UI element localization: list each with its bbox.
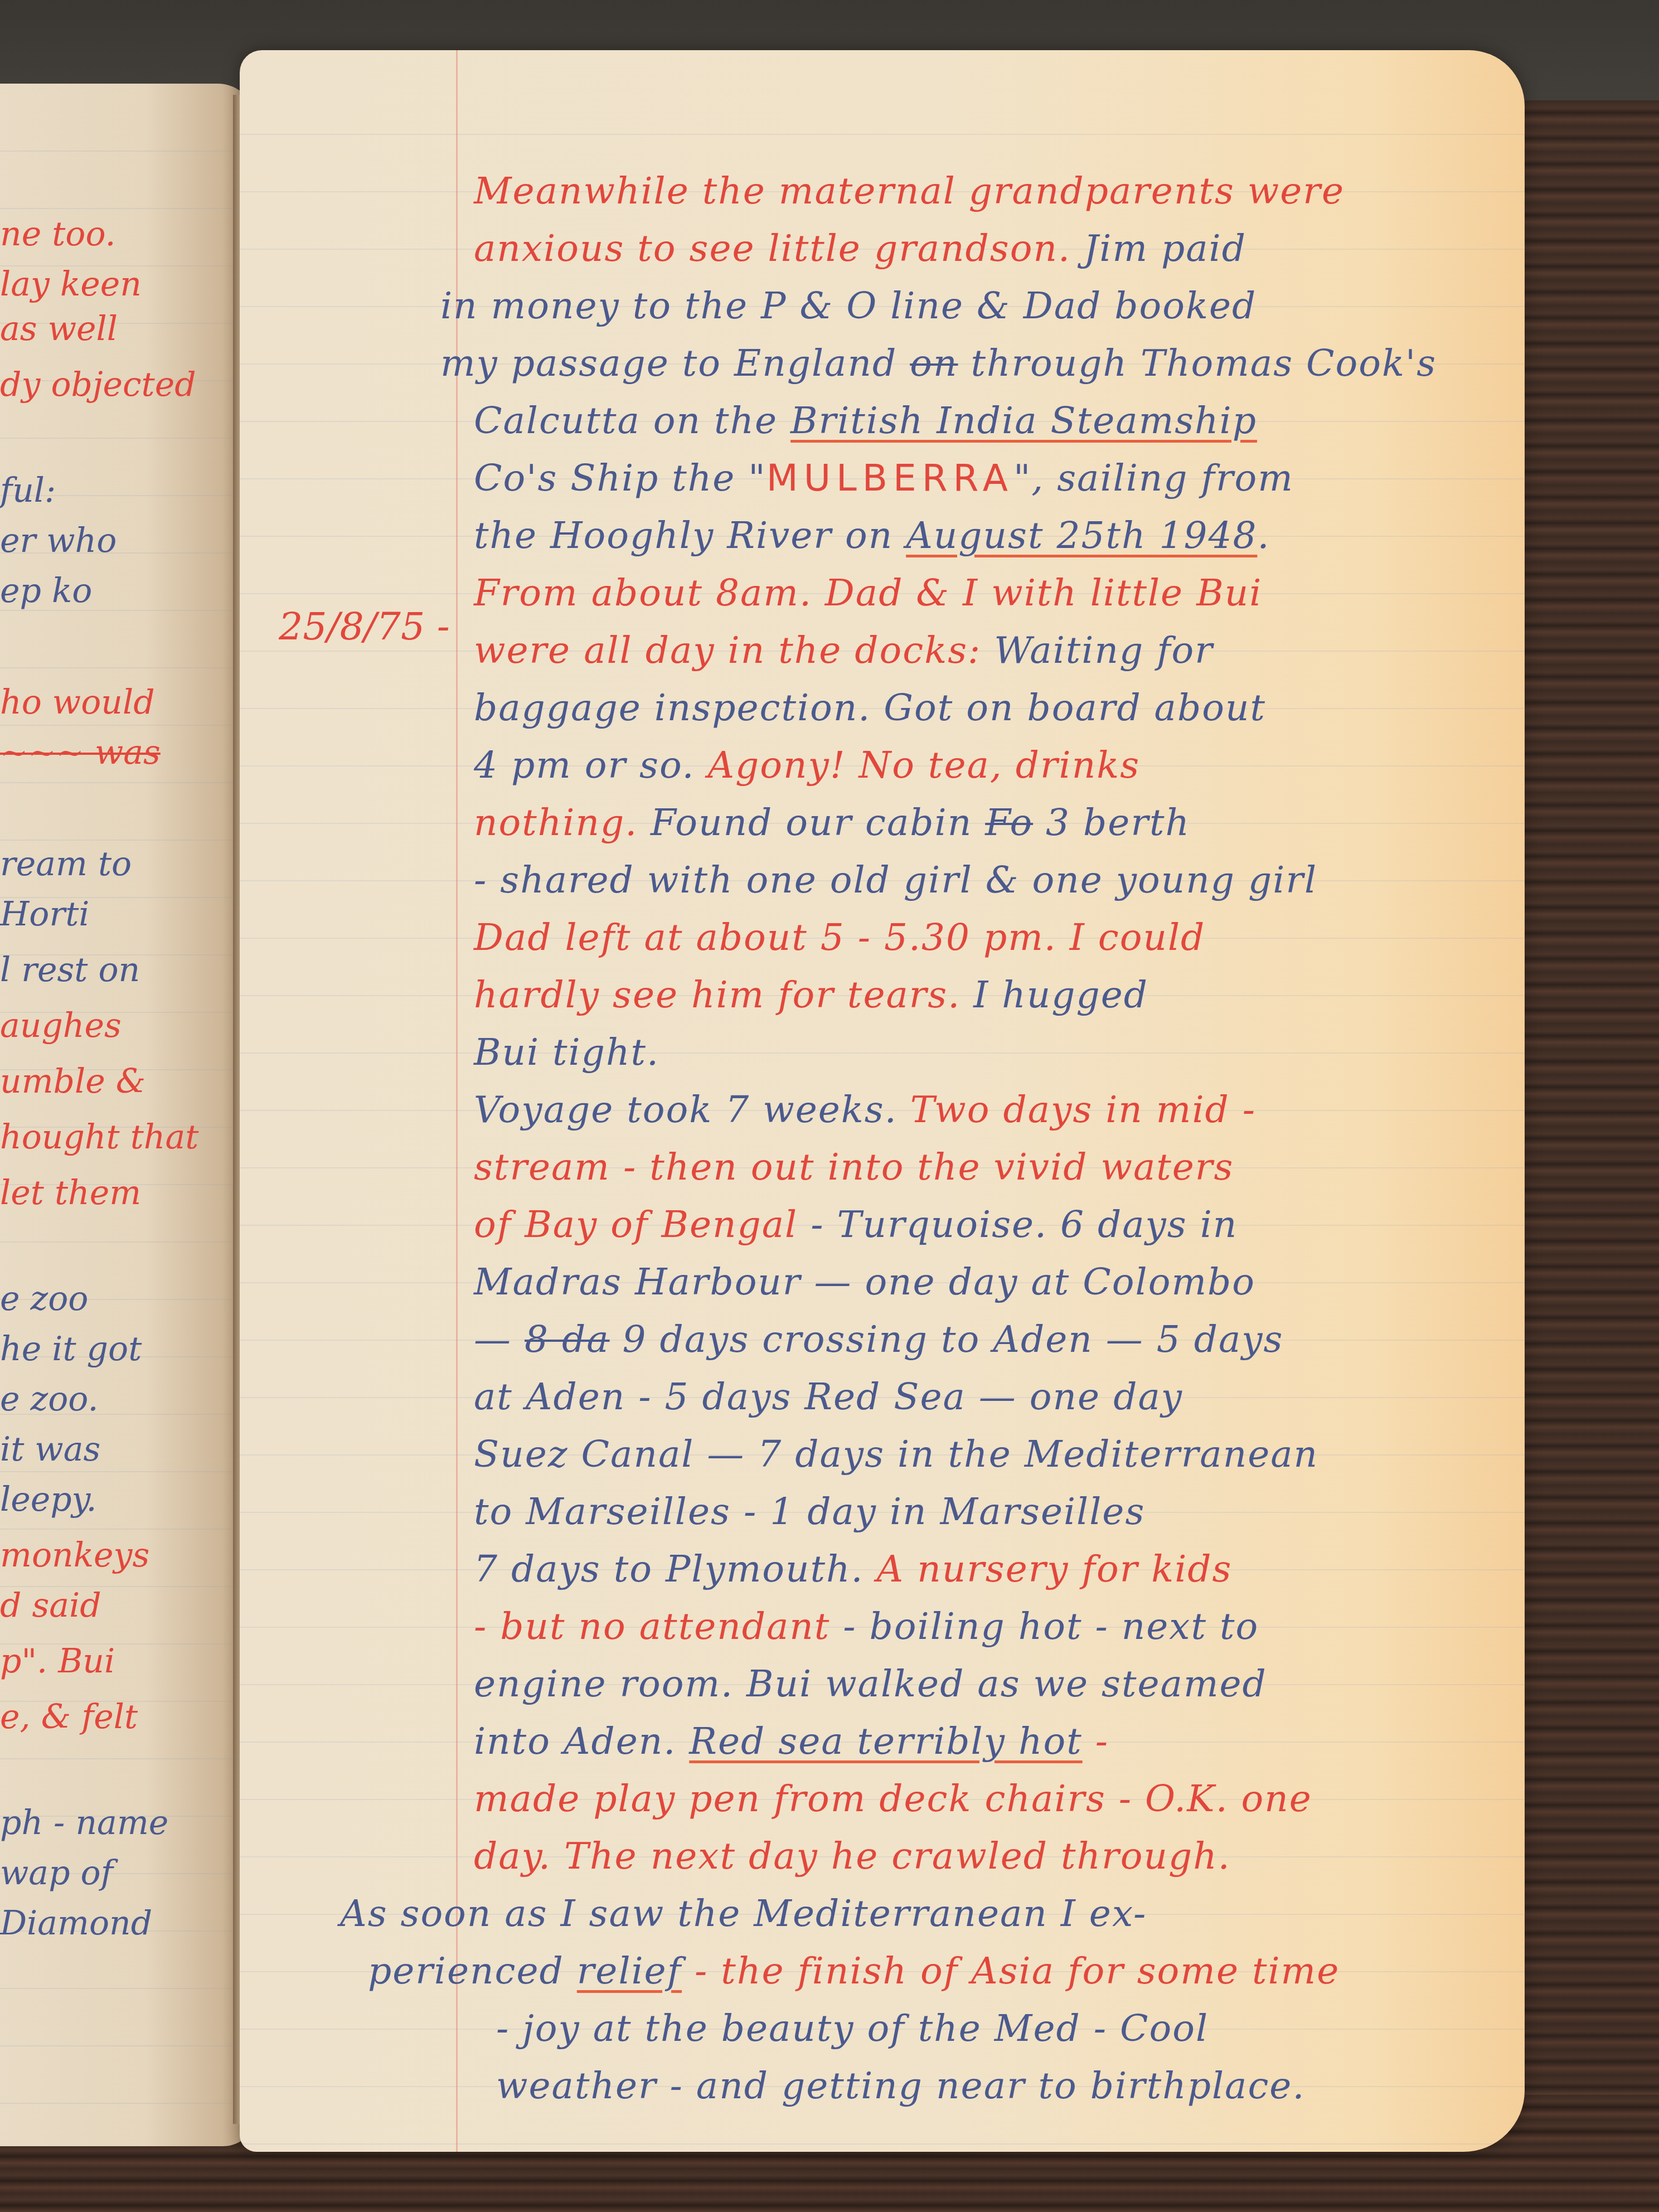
- ruled-line: [0, 725, 256, 726]
- ruled-line: [0, 2045, 256, 2046]
- ruled-line: [0, 840, 256, 841]
- left-page-fragment: umble &: [0, 1065, 145, 1098]
- handwritten-segment: Voyage took 7 weeks.: [474, 1088, 910, 1131]
- handwritten-segment: Meanwhile the maternal grandparents were: [474, 169, 1345, 212]
- left-page-fragment: wap of: [0, 1856, 113, 1890]
- handwritten-segment: ", sailing from: [1013, 457, 1294, 499]
- left-page-fragment: let them: [0, 1176, 141, 1210]
- handwritten-line: Meanwhile the maternal grandparents were: [474, 173, 1345, 210]
- left-page-fragment: leepy.: [0, 1483, 97, 1516]
- handwritten-line: 7 days to Plymouth. A nursery for kids: [474, 1551, 1232, 1588]
- ruled-line: [0, 208, 256, 209]
- handwritten-segment: were all day in the docks:: [474, 629, 994, 672]
- handwritten-segment: - joy at the beauty of the Med - Cool: [496, 2007, 1209, 2050]
- handwritten-segment: Madras Harbour — one day at Colombo: [474, 1260, 1255, 1303]
- handwritten-segment: MULBERRA: [767, 457, 1013, 499]
- handwritten-segment: - shared with one old girl & one young g…: [474, 858, 1317, 901]
- handwritten-segment: of Bay of Bengal: [474, 1203, 798, 1246]
- wooden-table-right: [1514, 100, 1659, 2212]
- ruled-line: [0, 2103, 256, 2104]
- handwritten-segment: 3 berth: [1033, 801, 1190, 844]
- handwritten-line: Bui tight.: [474, 1034, 659, 1071]
- handwritten-line: Co's Ship the "MULBERRA", sailing from: [474, 460, 1294, 497]
- handwritten-segment: hardly see him for tears.: [474, 973, 973, 1016]
- left-page-fragment: p". Bui: [0, 1645, 115, 1678]
- ruled-line: [0, 1758, 256, 1759]
- handwritten-segment: Dad left at about 5 - 5.30 pm. I could: [474, 916, 1205, 959]
- left-page-fragment: er who: [0, 524, 117, 557]
- handwritten-segment: -: [1083, 1720, 1109, 1763]
- handwritten-segment: - but no attendant: [474, 1605, 830, 1648]
- handwritten-segment: the Hooghly River on: [474, 514, 906, 557]
- handwritten-segment: stream - then out into the vivid waters: [474, 1146, 1234, 1189]
- left-notebook-page: ne too.lay keenas welldy objectedful:er …: [0, 84, 256, 2146]
- ruled-line: [0, 1471, 256, 1472]
- handwritten-segment: Fo: [985, 801, 1033, 844]
- left-page-fragment: dy objected: [0, 368, 196, 401]
- handwritten-segment: - boiling hot - next to: [830, 1605, 1259, 1648]
- ruled-line: [0, 667, 256, 668]
- handwritten-line: made play pen from deck chairs - O.K. on…: [474, 1781, 1312, 1817]
- handwritten-line: into Aden. Red sea terribly hot -: [474, 1723, 1109, 1760]
- handwritten-segment: weather - and getting near to birthplace…: [496, 2064, 1305, 2107]
- handwritten-segment: relief: [577, 1949, 682, 1992]
- ruled-line: [240, 1052, 1525, 1054]
- handwritten-segment: on: [910, 342, 958, 385]
- ruled-line: [0, 782, 256, 783]
- handwritten-line: of Bay of Bengal - Turquoise. 6 days in: [474, 1206, 1238, 1243]
- handwritten-segment: Waiting for: [994, 629, 1214, 672]
- handwritten-segment: - Turquoise. 6 days in: [798, 1203, 1238, 1246]
- handwritten-line: Suez Canal — 7 days in the Mediterranean: [474, 1436, 1318, 1473]
- handwritten-segment: baggage inspection. Got on board about: [474, 686, 1266, 729]
- handwritten-segment: through Thomas Cook's: [958, 342, 1437, 385]
- handwritten-line: 4 pm or so. Agony! No tea, drinks: [474, 747, 1140, 784]
- ruled-line: [0, 438, 256, 439]
- handwritten-line: Dad left at about 5 - 5.30 pm. I could: [474, 919, 1205, 956]
- handwritten-line: From about 8am. Dad & I with little Bui: [474, 575, 1262, 612]
- left-page-fragment: lay keen: [0, 268, 142, 301]
- margin-date: 25/8/75 -: [279, 605, 450, 649]
- handwritten-segment: - the finish of Asia for some time: [682, 1949, 1340, 1992]
- handwritten-segment: I hugged: [973, 973, 1148, 1016]
- handwritten-line: were all day in the docks: Waiting for: [474, 632, 1214, 669]
- handwritten-line: in money to the P & O line & Dad booked: [440, 288, 1257, 324]
- handwritten-line: Voyage took 7 weeks. Two days in mid -: [474, 1092, 1256, 1128]
- ruled-line: [0, 1988, 256, 1989]
- handwritten-segment: Bui tight.: [474, 1031, 659, 1074]
- handwritten-segment: 7 days to Plymouth.: [474, 1548, 877, 1590]
- handwritten-line: baggage inspection. Got on board about: [474, 690, 1266, 726]
- handwritten-line: - shared with one old girl & one young g…: [474, 862, 1317, 899]
- left-page-fragment: d said: [0, 1589, 101, 1622]
- handwritten-line: perienced relief - the finish of Asia fo…: [368, 1953, 1340, 1990]
- handwritten-line: - but no attendant - boiling hot - next …: [474, 1608, 1259, 1645]
- handwritten-line: at Aden - 5 days Red Sea — one day: [474, 1379, 1183, 1415]
- handwritten-line: nothing. Found our cabin Fo 3 berth: [474, 804, 1190, 841]
- handwritten-segment: 8 da: [525, 1318, 610, 1361]
- handwritten-segment: British India Steamship: [790, 399, 1257, 442]
- handwritten-segment: in money to the P & O line & Dad booked: [440, 284, 1257, 327]
- handwritten-segment: at Aden - 5 days Red Sea — one day: [474, 1375, 1183, 1418]
- handwritten-segment: As soon as I saw the Mediterranean I ex-: [340, 1892, 1147, 1935]
- handwritten-line: — 8 da 9 days crossing to Aden — 5 days: [474, 1321, 1283, 1358]
- handwritten-line: the Hooghly River on August 25th 1948.: [474, 517, 1270, 554]
- handwritten-segment: made play pen from deck chairs - O.K. on…: [474, 1777, 1312, 1820]
- handwritten-segment: my passage to England: [440, 342, 910, 385]
- handwritten-segment: anxious to see little grandson.: [474, 227, 1084, 270]
- left-page-fragment: Horti: [0, 898, 89, 931]
- ruled-line: [0, 1529, 256, 1530]
- handwritten-segment: day. The next day he crawled through.: [474, 1835, 1231, 1878]
- left-page-fragment: ph - name: [0, 1806, 168, 1840]
- handwritten-line: engine room. Bui walked as we steamed: [474, 1666, 1267, 1702]
- handwritten-segment: 9 days crossing to Aden — 5 days: [610, 1318, 1284, 1361]
- left-page-fragment: Diamond: [0, 1907, 152, 1940]
- handwritten-segment: engine room. Bui walked as we steamed: [474, 1662, 1267, 1705]
- left-page-fragment: l rest on: [0, 953, 140, 987]
- handwritten-segment: A nursery for kids: [877, 1548, 1233, 1590]
- left-page-fragment: ream to: [0, 847, 132, 881]
- left-page-fragment: ful:: [0, 474, 56, 507]
- left-page-fragment: ho would: [0, 686, 155, 719]
- handwritten-segment: Agony! No tea, drinks: [707, 744, 1140, 787]
- handwritten-segment: From about 8am. Dad & I with little Bui: [474, 571, 1262, 614]
- left-page-fragment: e, & felt: [0, 1700, 138, 1734]
- handwritten-line: to Marseilles - 1 day in Marseilles: [474, 1493, 1145, 1530]
- left-page-fragment: aughes: [0, 1009, 122, 1042]
- handwritten-segment: —: [474, 1318, 525, 1361]
- left-page-fragment: it was: [0, 1433, 100, 1466]
- right-notebook-page: 25/8/75 - Meanwhile the maternal grandpa…: [240, 50, 1525, 2152]
- left-page-fragment: ~~~ was: [0, 736, 161, 769]
- handwritten-segment: nothing.: [474, 801, 651, 844]
- handwritten-line: my passage to England on through Thomas …: [440, 345, 1437, 382]
- handwritten-segment: to Marseilles - 1 day in Marseilles: [474, 1490, 1145, 1533]
- ruled-line: [240, 2143, 1525, 2145]
- ruled-line: [0, 151, 256, 152]
- handwritten-segment: August 25th 1948: [906, 514, 1257, 557]
- handwritten-line: anxious to see little grandson. Jim paid: [474, 230, 1246, 267]
- handwritten-segment: Found our cabin: [651, 801, 985, 844]
- left-page-fragment: he it got: [0, 1332, 142, 1366]
- left-page-fragment: as well: [0, 312, 118, 346]
- handwritten-line: Madras Harbour — one day at Colombo: [474, 1264, 1255, 1301]
- handwritten-line: day. The next day he crawled through.: [474, 1838, 1231, 1875]
- handwritten-line: weather - and getting near to birthplace…: [496, 2068, 1305, 2104]
- handwritten-segment: Calcutta on the: [474, 399, 790, 442]
- handwritten-segment: 4 pm or so.: [474, 744, 707, 787]
- handwritten-segment: Jim paid: [1084, 227, 1246, 270]
- handwritten-segment: Two days in mid -: [910, 1088, 1256, 1131]
- handwritten-line: - joy at the beauty of the Med - Cool: [496, 2010, 1209, 2047]
- handwritten-segment: into Aden.: [474, 1720, 689, 1763]
- handwritten-segment: Suez Canal — 7 days in the Mediterranean: [474, 1433, 1318, 1476]
- left-page-fragment: ne too.: [0, 217, 116, 251]
- handwritten-line: As soon as I saw the Mediterranean I ex-: [340, 1895, 1147, 1932]
- ruled-line: [0, 1241, 256, 1243]
- left-page-fragment: e zoo: [0, 1282, 88, 1316]
- handwritten-segment: perienced: [368, 1949, 577, 1992]
- handwritten-line: hardly see him for tears. I hugged: [474, 977, 1148, 1013]
- left-page-fragment: e zoo.: [0, 1382, 98, 1416]
- handwritten-segment: Red sea terribly hot: [689, 1720, 1082, 1763]
- left-page-fragment: hought that: [0, 1120, 198, 1154]
- handwritten-line: Calcutta on the British India Steamship: [474, 402, 1257, 439]
- ruled-line: [240, 134, 1525, 135]
- handwritten-segment: Co's Ship the ": [474, 457, 767, 499]
- handwritten-line: stream - then out into the vivid waters: [474, 1149, 1234, 1186]
- left-page-fragment: monkeys: [0, 1539, 149, 1572]
- handwritten-segment: .: [1257, 514, 1270, 557]
- left-page-fragment: ep ko: [0, 574, 92, 608]
